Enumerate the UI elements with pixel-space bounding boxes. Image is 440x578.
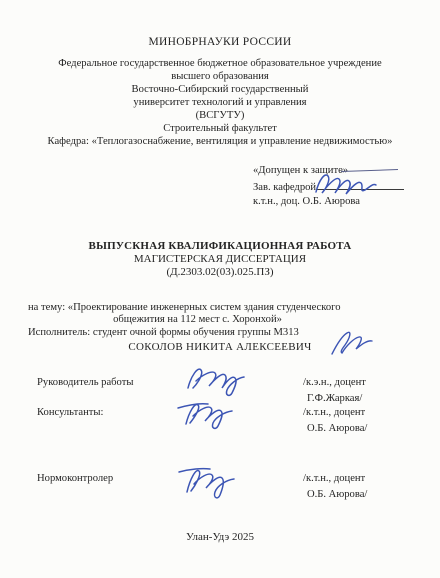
consultant-role-label: Консультанты:	[37, 406, 103, 420]
signature-blank-line	[316, 179, 404, 190]
supervisor-name: Г.Ф.Жаркая/	[303, 392, 423, 406]
ministry-heading: МИНОБРНАУКИ РОССИИ	[0, 36, 440, 48]
work-title-block: ВЫПУСКНАЯ КВАЛИФИКАЦИОННАЯ РАБОТА МАГИСТ…	[0, 240, 440, 279]
consultant-signature	[174, 396, 238, 432]
document-code: (Д.2303.02(03).025.ПЗ)	[0, 266, 440, 279]
supervisor-degree: /к.э.н., доцент	[303, 377, 366, 388]
institution-line: высшего образования	[0, 70, 440, 83]
institution-line: (ВСГУТУ)	[0, 109, 440, 122]
author-name: СОКОЛОВ НИКИТА АЛЕКСЕЕВИЧ	[0, 341, 440, 353]
consultant-degree: /к.т.н., доцент	[303, 407, 365, 418]
department-head-label: Зав. кафедрой	[253, 182, 316, 193]
topic-line-1: на тему: «Проектирование инженерных сист…	[28, 302, 412, 314]
institution-line: Федеральное государственное бюджетное об…	[0, 57, 440, 70]
norm-controller-signature	[174, 462, 240, 502]
supervisor-signature	[182, 362, 252, 400]
department-line: Кафедра: «Теплогазоснабжение, вентиляция…	[0, 135, 440, 148]
consultant-name: О.Б. Аюрова/	[303, 422, 423, 436]
permit-line: «Допущен к защите»	[253, 164, 404, 179]
department-head-line: Зав. кафедрой	[253, 179, 404, 196]
degree-heading: МАГИСТЕРСКАЯ ДИССЕРТАЦИЯ	[0, 253, 440, 266]
norm-controller-name: О.Б. Аюрова/	[303, 488, 423, 502]
norm-controller-credentials: /к.т.н., доцент О.Б. Аюрова/	[303, 472, 423, 502]
institution-line: Восточно-Сибирский государственный	[0, 83, 440, 96]
thesis-title-page: МИНОБРНАУКИ РОССИИ Федеральное государст…	[0, 0, 440, 578]
supervisor-role-label: Руководитель работы	[37, 376, 133, 390]
faculty-line: Строительный факультет	[0, 122, 440, 135]
institution-line: университет технологий и управления	[0, 96, 440, 109]
executor-line: Исполнитель: студент очной формы обучени…	[28, 327, 412, 339]
norm-controller-role-label: Нормоконтролер	[37, 472, 113, 486]
approval-block: «Допущен к защите» Зав. кафедрой к.т.н.,…	[253, 164, 404, 210]
department-head-name: к.т.н., доц. О.Б. Аюрова	[253, 195, 404, 210]
consultant-credentials: /к.т.н., доцент О.Б. Аюрова/	[303, 406, 423, 436]
city-year: Улан-Удэ 2025	[0, 531, 440, 543]
work-type-heading: ВЫПУСКНАЯ КВАЛИФИКАЦИОННАЯ РАБОТА	[0, 240, 440, 253]
topic-block: на тему: «Проектирование инженерных сист…	[28, 302, 412, 339]
supervisor-credentials: /к.э.н., доцент Г.Ф.Жаркая/	[303, 376, 423, 406]
norm-controller-degree: /к.т.н., доцент	[303, 473, 365, 484]
institution-block: Федеральное государственное бюджетное об…	[0, 57, 440, 148]
topic-line-2: общежития на 112 мест с. Хоронхой»	[28, 314, 412, 326]
